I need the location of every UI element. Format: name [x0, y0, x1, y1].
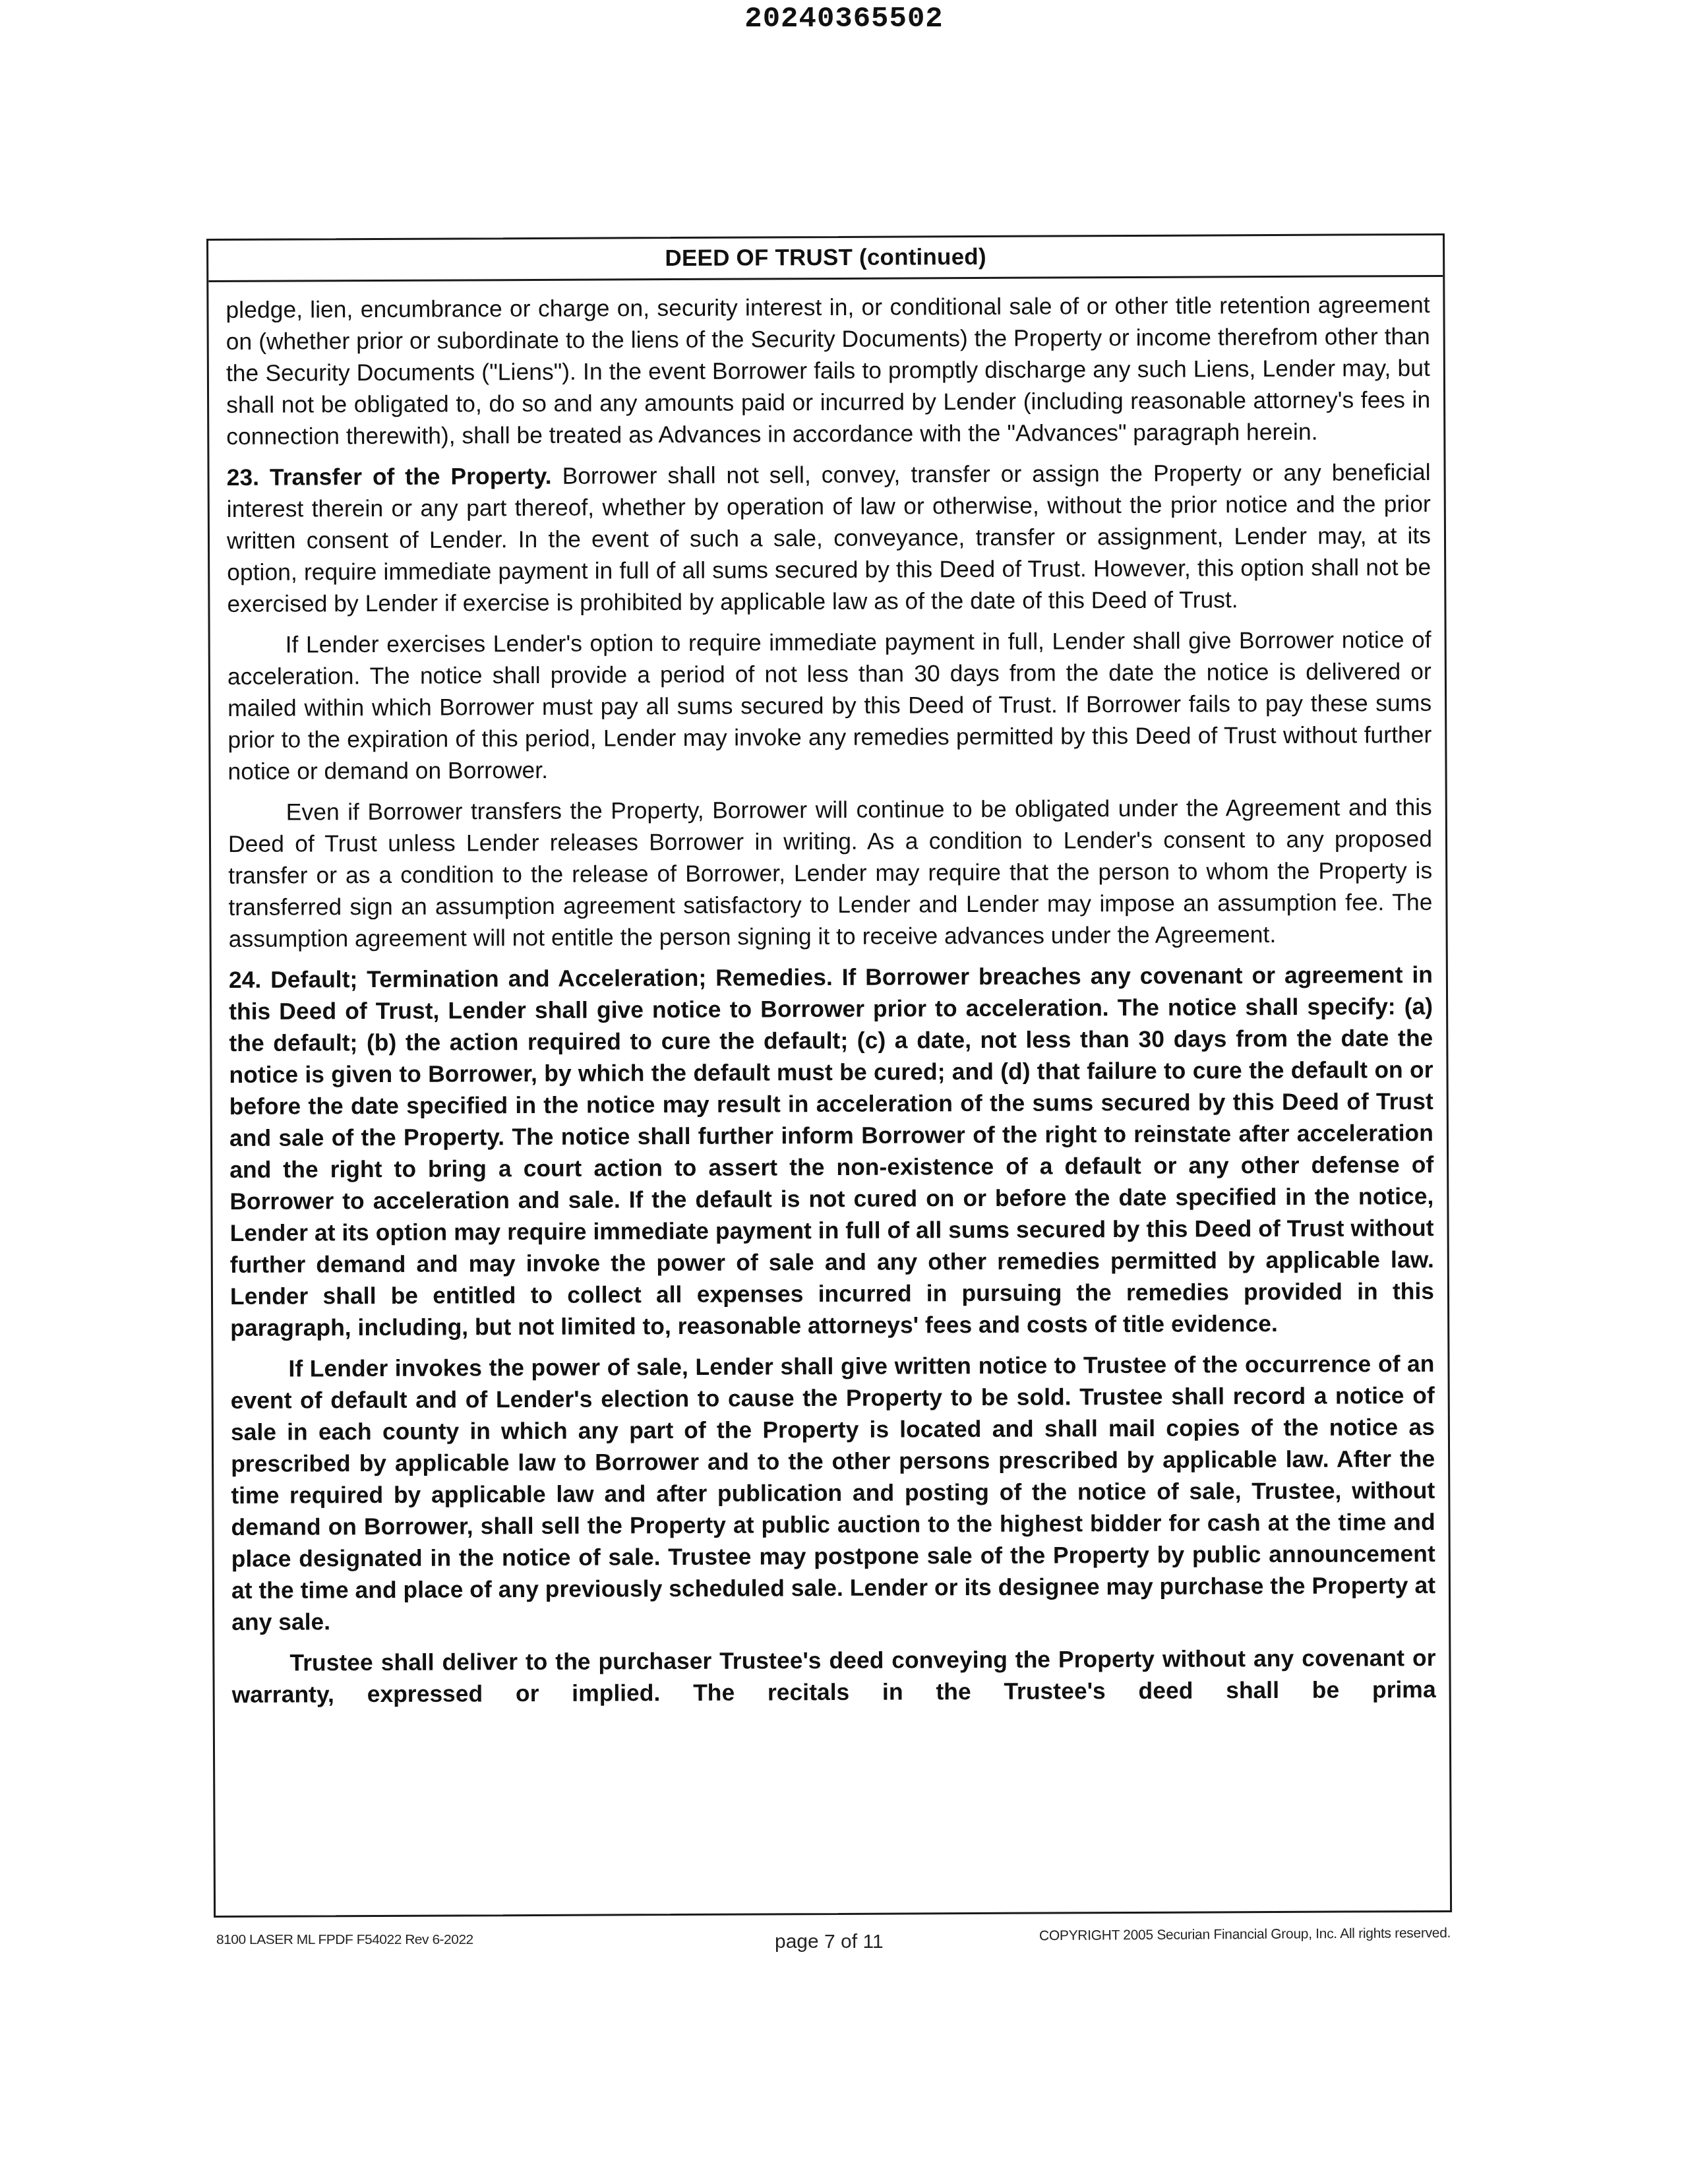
copyright-notice: COPYRIGHT 2005 Securian Financial Group,… [1039, 1926, 1451, 1944]
paragraph-text: pledge, lien, encumbrance or charge on, … [226, 291, 1430, 450]
paragraph-text: Trustee shall deliver to the purchaser T… [232, 1645, 1436, 1708]
page-number: page 7 of 11 [775, 1931, 884, 1953]
page-title: DEED OF TRUST (continued) [208, 235, 1443, 282]
recording-number: 20240365502 [0, 3, 1688, 36]
document-body: pledge, lien, encumbrance or charge on, … [208, 277, 1449, 1711]
section-23-transfer-of-property: 23. Transfer of the Property. Borrower s… [226, 456, 1431, 620]
form-id: 8100 LASER ML FPDF F54022 Rev 6-2022 [216, 1932, 473, 1948]
section-heading: 23. Transfer of the Property. [227, 463, 552, 491]
section-24-default-remedies: 24. Default; Termination and Acceleratio… [229, 959, 1434, 1344]
paragraph-trustee-deed: Trustee shall deliver to the purchaser T… [231, 1642, 1435, 1711]
document-frame: DEED OF TRUST (continued) pledge, lien, … [206, 233, 1452, 1918]
paragraph-text: If Lender invokes the power of sale, Len… [231, 1350, 1435, 1635]
paragraph-continuation: pledge, lien, encumbrance or charge on, … [226, 289, 1430, 452]
section-heading: 24. Default; Termination and Acceleratio… [229, 964, 833, 993]
paragraph-text: If Borrower breaches any covenant or agr… [229, 961, 1434, 1341]
paragraph-text: If Lender exercises Lender's option to r… [227, 626, 1432, 785]
page-footer: 8100 LASER ML FPDF F54022 Rev 6-2022 pag… [198, 1927, 1451, 1953]
paragraph-acceleration-notice: If Lender exercises Lender's option to r… [227, 624, 1432, 787]
paragraph-power-of-sale: If Lender invokes the power of sale, Len… [230, 1348, 1435, 1638]
paragraph-text: Even if Borrower transfers the Property,… [228, 794, 1433, 952]
paragraph-continuing-obligation: Even if Borrower transfers the Property,… [228, 791, 1433, 955]
